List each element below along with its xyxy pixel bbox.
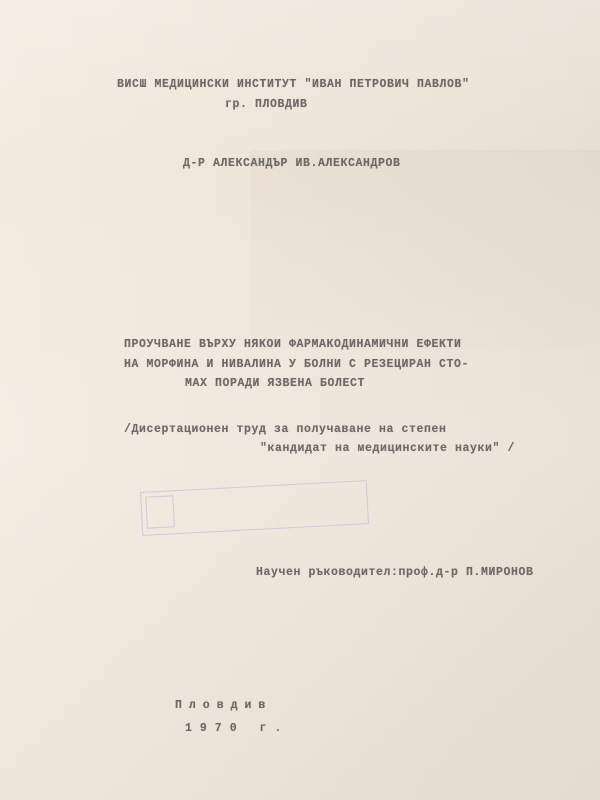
place-of-publication: Пловдив xyxy=(175,699,272,712)
title-line-2: НА МОРФИНА И НИВАЛИНА У БОЛНИ С РЕЗЕЦИРА… xyxy=(124,358,469,371)
scientific-advisor: Научен ръководител:проф.д-р П.МИРОНОВ xyxy=(256,566,534,579)
title-line-1: ПРОУЧВАНЕ ВЪРХУ НЯКОИ ФАРМАКОДИНАМИЧНИ Е… xyxy=(124,338,462,351)
dissertation-note-line-2: "кандидат на медицинските науки" / xyxy=(260,442,515,455)
author-name: Д-Р АЛЕКСАНДЪР ИВ.АЛЕКСАНДРОВ xyxy=(183,157,401,170)
faint-corner-mark xyxy=(530,20,590,40)
stamp-inner-box xyxy=(145,495,175,528)
publication-year: 1970 г. xyxy=(185,722,289,735)
document-page: ВИСШ МЕДИЦИНСКИ ИНСТИТУТ "ИВАН ПЕТРОВИЧ … xyxy=(0,0,600,800)
institute-city: гр. ПЛОВДИВ xyxy=(225,98,308,111)
institute-name: ВИСШ МЕДИЦИНСКИ ИНСТИТУТ "ИВАН ПЕТРОВИЧ … xyxy=(117,78,470,91)
reverse-side-bleed-through xyxy=(250,150,600,350)
dissertation-note-line-1: /Дисертационен труд за получаване на сте… xyxy=(124,423,447,436)
library-stamp xyxy=(140,480,369,536)
title-line-3: МАХ ПОРАДИ ЯЗВЕНА БОЛЕСТ xyxy=(185,377,365,390)
